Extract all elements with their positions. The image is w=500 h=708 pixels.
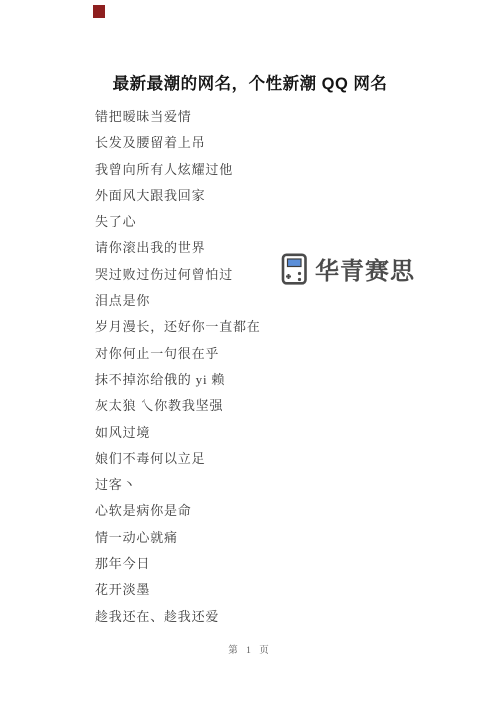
watermark: 华青赛思	[277, 249, 419, 288]
red-mark	[93, 5, 105, 18]
page-number: 第 1 页	[0, 642, 500, 656]
nickname-line: 花开淡墨	[95, 577, 425, 603]
nickname-line: 岁月漫长，还好你一直都在	[95, 314, 425, 340]
nickname-line: 灰太狼 乀你教我坚强	[95, 393, 425, 419]
nickname-line: 抹不掉沵给俄的 yi 赖	[95, 367, 425, 393]
nickname-line: 错把暧昧当爱情	[95, 104, 425, 130]
nickname-line: 对你何止一句很在乎	[95, 341, 425, 367]
nickname-line: 长发及腰留着上吊	[95, 130, 425, 156]
nickname-line: 我曾向所有人炫耀过他	[95, 157, 425, 183]
nickname-line: 泪点是你	[95, 288, 425, 314]
nickname-line: 那年今日	[95, 551, 425, 577]
nickname-line: 失了心	[95, 209, 425, 235]
nickname-line: 过客丶	[95, 472, 425, 498]
nickname-list: 错把暧昧当爱情 长发及腰留着上吊 我曾向所有人炫耀过他 外面风大跟我回家 失了心…	[95, 104, 425, 630]
nickname-line: 如风过境	[95, 420, 425, 446]
watermark-text: 华青赛思	[315, 251, 415, 286]
document-page: 最新最潮的网名，个性新潮 QQ 网名 错把暧昧当爱情 长发及腰留着上吊 我曾向所…	[0, 0, 500, 708]
page-title: 最新最潮的网名，个性新潮 QQ 网名	[0, 70, 500, 94]
nickname-line: 心软是病你是命	[95, 498, 425, 524]
nickname-line: 娘们不毒何以立足	[95, 446, 425, 472]
calculator-device-icon	[281, 253, 308, 285]
nickname-line: 情一动心就痛	[95, 525, 425, 551]
nickname-line: 趁我还在、趁我还爱	[95, 604, 425, 630]
nickname-line: 外面风大跟我回家	[95, 183, 425, 209]
